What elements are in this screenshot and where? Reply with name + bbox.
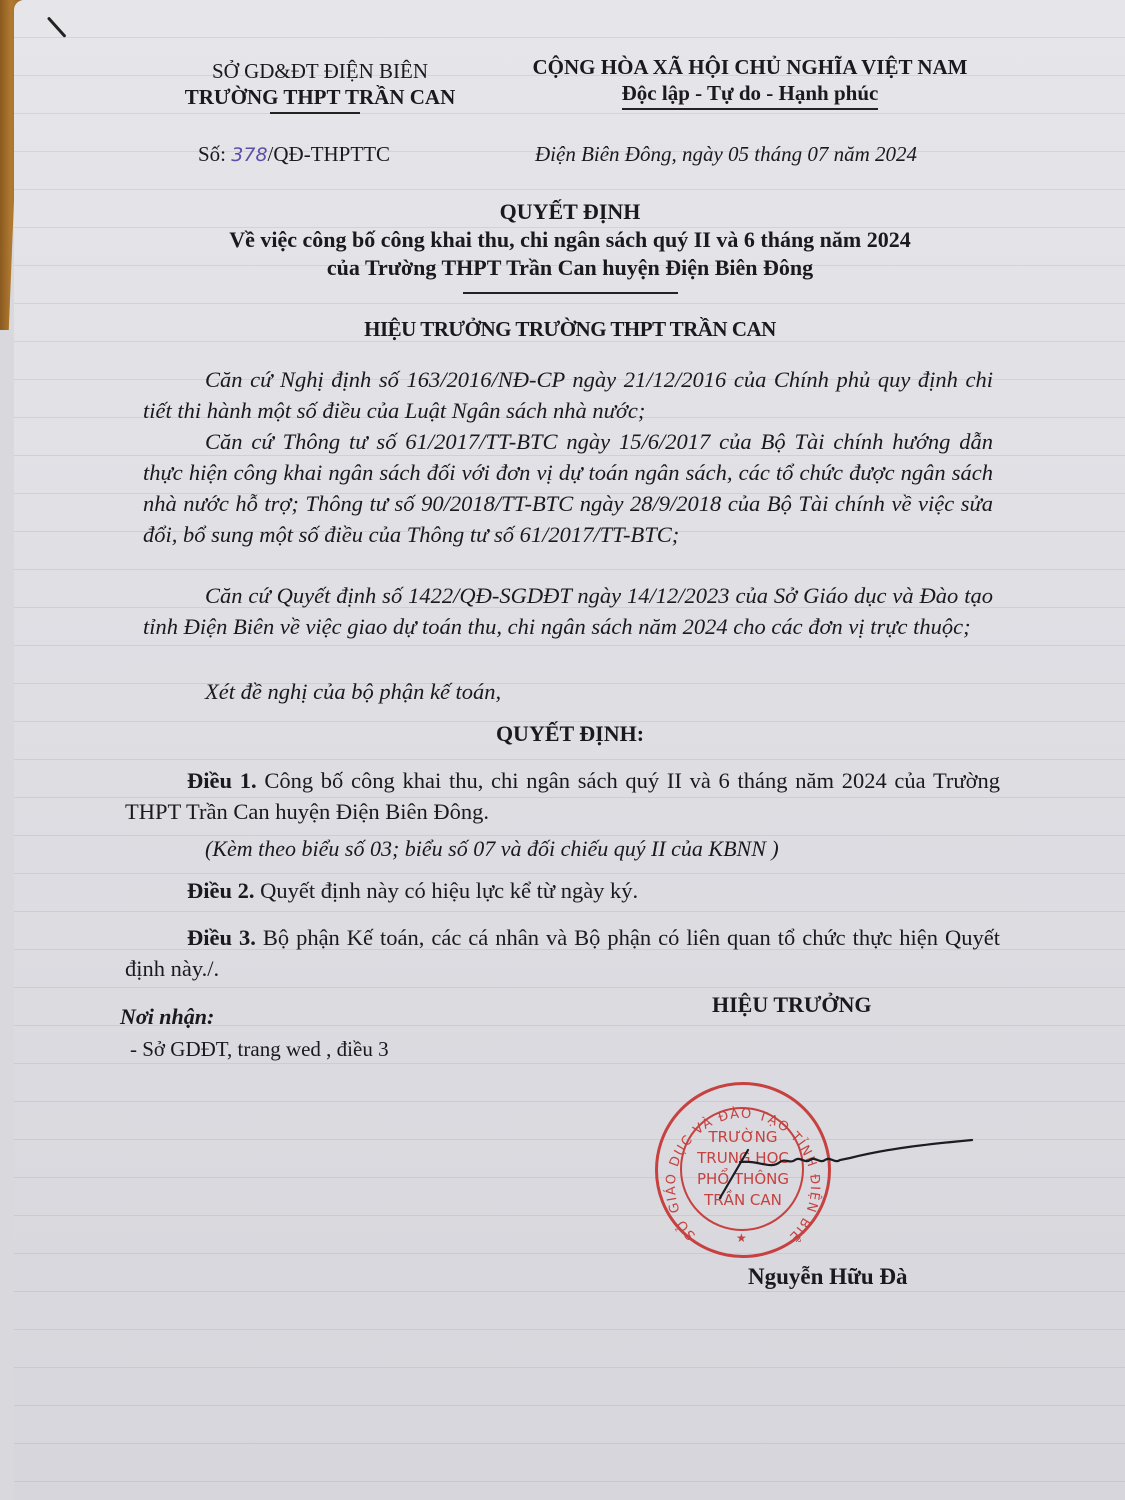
handwritten-signature [700, 1130, 975, 1200]
article-2: Điều 2. Quyết định này có hiệu lực kể từ… [125, 875, 1000, 906]
decision-heading: QUYẾT ĐỊNH: [120, 721, 1020, 747]
header-underline [270, 112, 360, 114]
basis-paragraph: Căn cứ Quyết định số 1422/QĐ-SGDĐT ngày … [143, 580, 993, 642]
number-suffix: /QĐ-THPTTC [268, 142, 391, 166]
article-1: Điều 1. Công bố công khai thu, chi ngân … [125, 765, 1000, 827]
star-icon: ★ [736, 1231, 747, 1245]
nation-name: CỘNG HÒA XÃ HỘI CHỦ NGHĨA VIỆT NAM [500, 54, 1000, 80]
document-number: Số: 378/QĐ-THPTTC [198, 142, 390, 167]
title-subject-line1: Về việc công bố công khai thu, chi ngân … [120, 226, 1020, 254]
national-motto: Độc lập - Tự do - Hạnh phúc [622, 80, 879, 110]
basis-paragraph: Xét đề nghị của bộ phận kế toán, [143, 676, 993, 707]
article-label: Điều 2. [187, 878, 255, 903]
title-rule [463, 292, 678, 294]
title-heading: QUYẾT ĐỊNH [120, 198, 1020, 226]
signer-name: Nguyễn Hữu Đà [748, 1264, 908, 1290]
national-header: CỘNG HÒA XÃ HỘI CHỦ NGHĨA VIỆT NAM Độc l… [500, 54, 1000, 110]
article-text: Công bố công khai thu, chi ngân sách quý… [125, 768, 1000, 824]
recipient-item: - Sở GDĐT, trang wed , điều 3 [130, 1037, 389, 1062]
agency-name: SỞ GD&ĐT ĐIỆN BIÊN [150, 58, 490, 84]
basis-paragraph: Căn cứ Thông tư số 61/2017/TT-BTC ngày 1… [143, 426, 993, 550]
basis-paragraph: Căn cứ Nghị định số 163/2016/NĐ-CP ngày … [143, 364, 993, 426]
issuer-header: SỞ GD&ĐT ĐIỆN BIÊN TRƯỜNG THPT TRẦN CAN [150, 58, 490, 114]
number-prefix: Số: [198, 142, 231, 166]
signer-title: HIỆU TRƯỞNG [712, 992, 872, 1018]
article-text: Quyết định này có hiệu lực kể từ ngày ký… [255, 878, 639, 903]
article-label: Điều 3. [187, 925, 256, 950]
article-label: Điều 1. [187, 768, 257, 793]
handwritten-number: 378 [231, 144, 267, 166]
article-text: Bộ phận Kế toán, các cá nhân và Bộ phận … [125, 925, 1000, 981]
issuing-authority: HIỆU TRƯỞNG TRƯỜNG THPT TRẦN CAN [120, 317, 1020, 342]
document-title: QUYẾT ĐỊNH Về việc công bố công khai thu… [120, 198, 1020, 294]
attachment-note: (Kèm theo biểu số 03; biểu số 07 và đối … [205, 836, 779, 862]
article-3: Điều 3. Bộ phận Kế toán, các cá nhân và … [125, 922, 1000, 984]
place-date: Điện Biên Đông, ngày 05 tháng 07 năm 202… [535, 142, 917, 167]
recipients-label: Nơi nhận: [120, 1004, 214, 1030]
title-subject-line2: của Trường THPT Trần Can huyện Điện Biên… [120, 254, 1020, 282]
school-name: TRƯỜNG THPT TRẦN CAN [150, 84, 490, 110]
